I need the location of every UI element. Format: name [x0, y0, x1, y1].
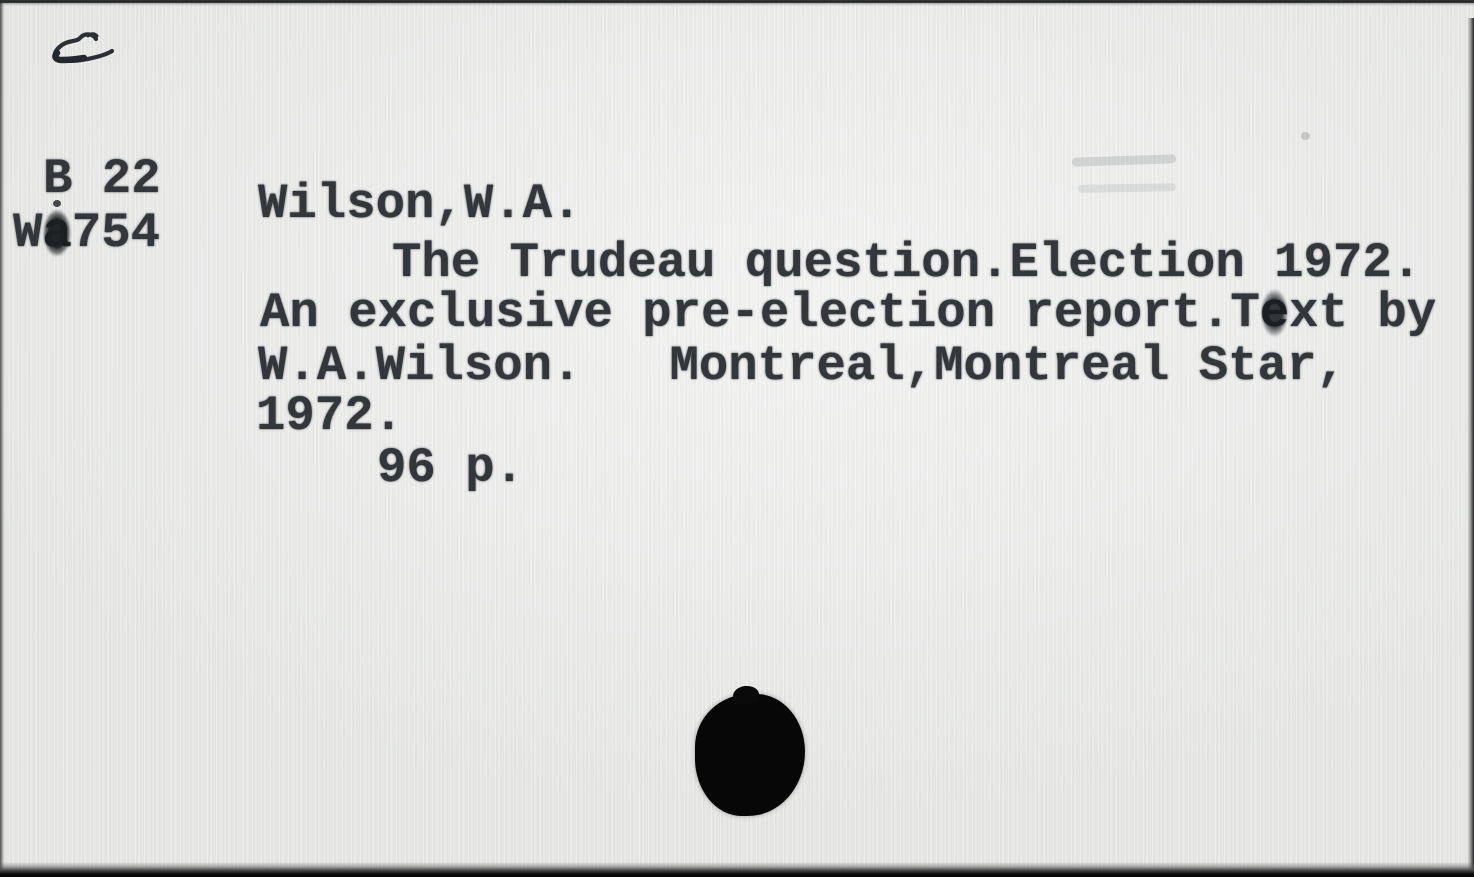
overstrike-blot-icon: a [42, 208, 71, 258]
punch-hole-icon [695, 694, 805, 816]
overstrike-blot-icon: e [1260, 288, 1289, 338]
imprint-text: Montreal,Montreal Star, [669, 338, 1345, 394]
ink-smudge [1301, 132, 1310, 140]
card-right-edge [1467, 18, 1474, 877]
title-line-1: The Trudeau question.Election 1972. [392, 238, 1421, 288]
card-left-edge [0, 0, 5, 877]
statement-imprint-line: W.A.Wilson.Montreal,Montreal Star, [258, 341, 1346, 391]
call-number-line-2: Wa754 [13, 208, 160, 258]
publication-year-line: 1972. [256, 391, 403, 441]
title-line-2: An exclusive pre-election report.Text by [260, 288, 1436, 338]
call-number-digits: 754 [72, 205, 160, 261]
catalog-card-scan: B 22 Wa754 Wilson,W.A. The Trudeau quest… [0, 0, 1474, 877]
ink-smudge [1072, 154, 1176, 167]
call-number-prefix: W [13, 205, 42, 261]
author-heading: Wilson,W.A. [258, 179, 581, 229]
responsibility-statement: W.A.Wilson. [258, 338, 581, 394]
title-line-2-text-end: xt by [1289, 285, 1436, 341]
ink-smudge [1078, 183, 1176, 193]
title-line-2-text: An exclusive pre-election report.T [260, 285, 1260, 341]
card-bottom-edge [0, 862, 1474, 877]
call-number-line-1: B 22 [43, 154, 161, 204]
pagination-line: 96 p. [377, 443, 524, 493]
card-top-edge [0, 0, 1474, 6]
handwritten-mark-icon [44, 29, 118, 73]
